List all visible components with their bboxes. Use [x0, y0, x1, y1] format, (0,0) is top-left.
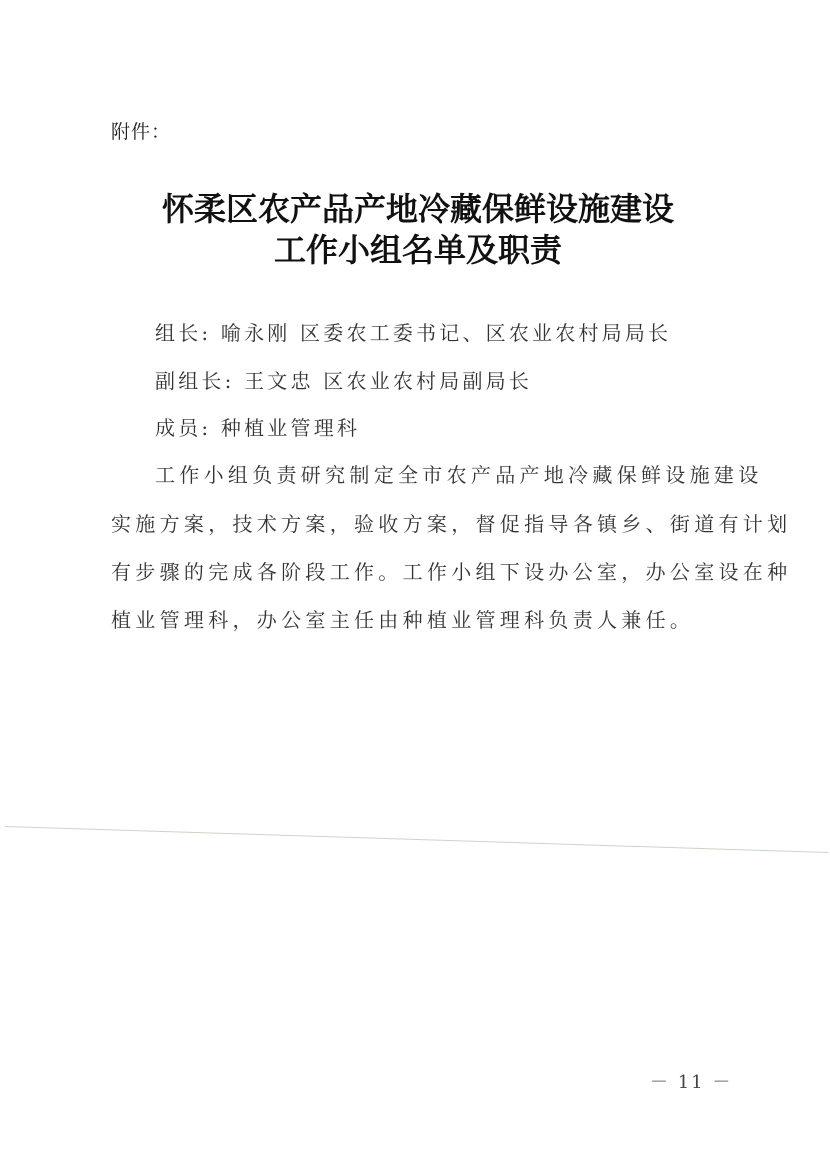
page-number: － 11 － — [650, 1068, 732, 1094]
roster-members: 成员: 种植业管理科 — [155, 412, 360, 441]
duties-paragraph-line-1: 工作小组负责研究制定全市农产品产地冷藏保鲜设施建设 — [155, 459, 763, 488]
duties-paragraph-line-3: 有步骤的完成各阶段工作。工作小组下设办公室，办公室设在种 — [111, 556, 791, 585]
document-title-line-1: 怀柔区农产品产地冷藏保鲜设施建设 — [3, 184, 830, 230]
duties-paragraph-line-4: 植业管理科，办公室主任由种植业管理科负责人兼任。 — [111, 604, 694, 633]
attachment-label: 附件： — [111, 117, 171, 144]
roster-leader: 组长: 喻永刚 区委农工委书记、区农业农村局局长 — [155, 317, 671, 346]
scan-artifact-line — [5, 826, 829, 853]
duties-paragraph-line-2: 实施方案，技术方案，验收方案，督促指导各镇乡、街道有计划 — [111, 508, 791, 537]
document-page: 附件： 怀柔区农产品产地冷藏保鲜设施建设 工作小组名单及职责 组长: 喻永刚 区… — [0, 0, 830, 1169]
roster-deputy-leader: 副组长: 王文忠 区农业农村局副局长 — [155, 365, 532, 394]
document-title-line-2: 工作小组名单及职责 — [3, 225, 830, 271]
